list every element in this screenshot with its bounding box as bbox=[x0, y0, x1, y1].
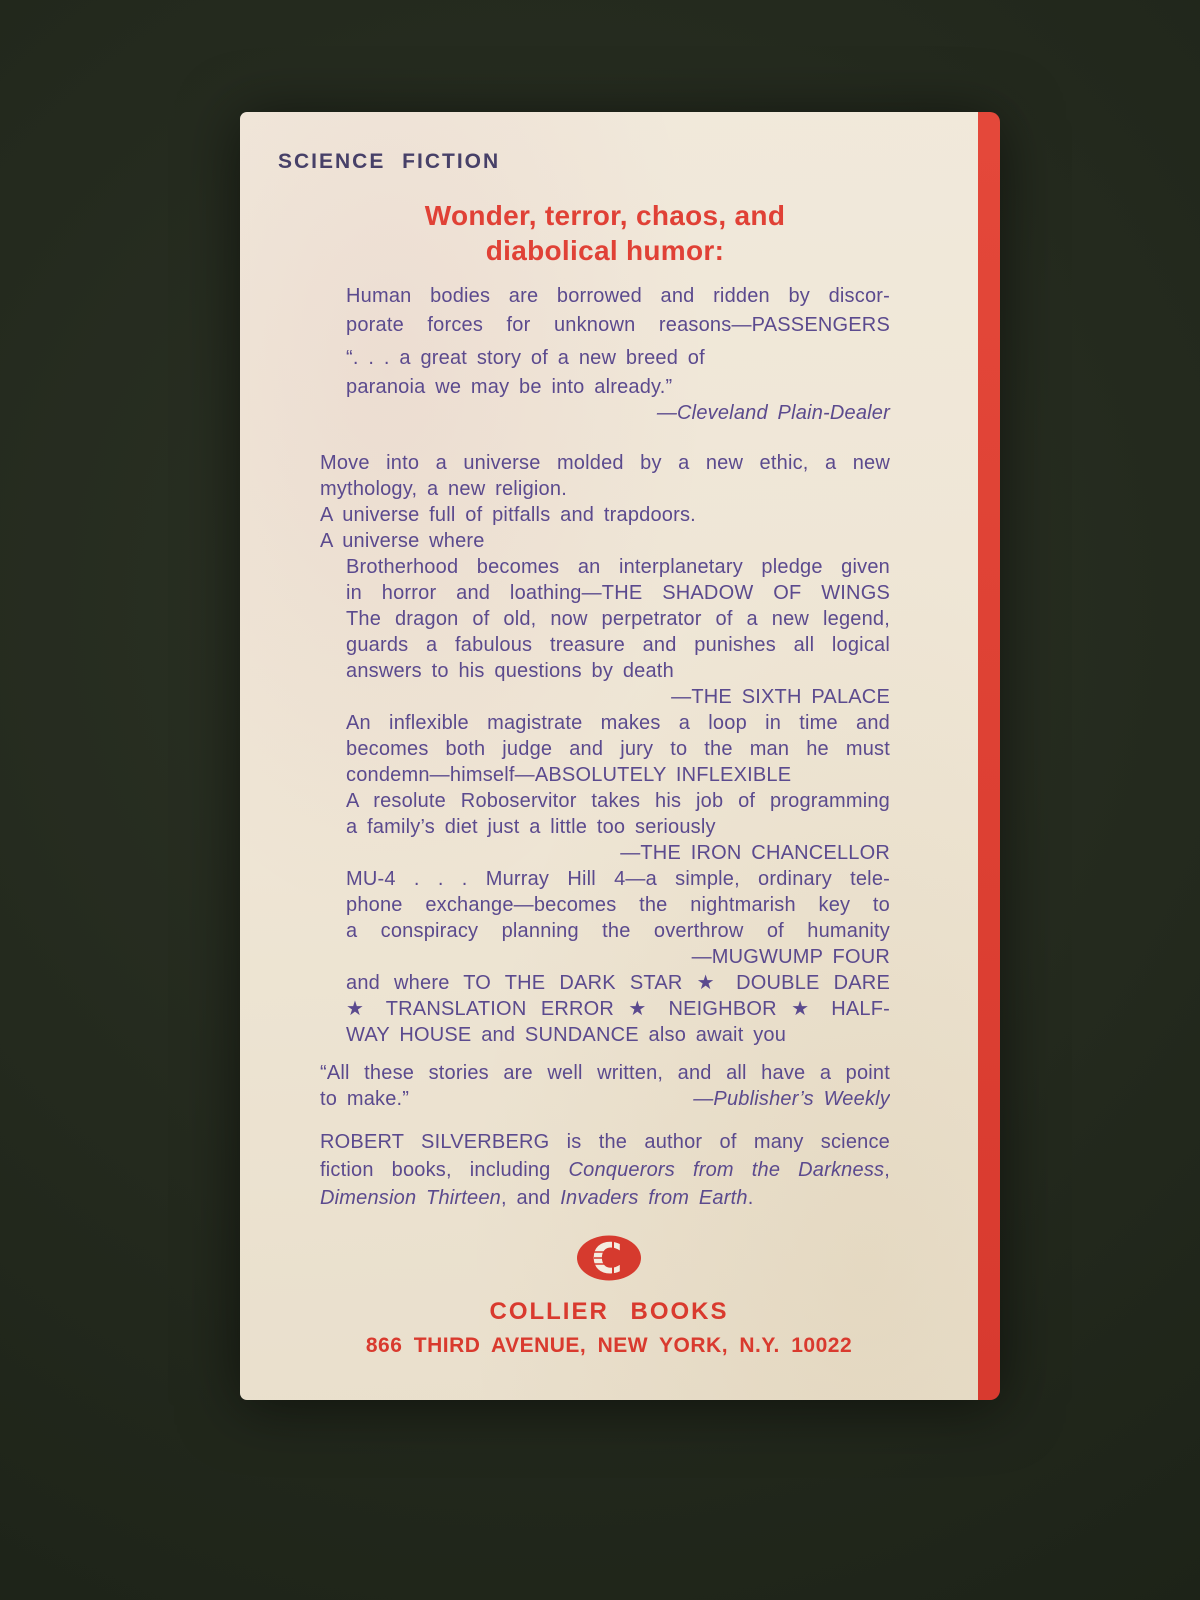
story-title-line: —THE SIXTH PALACE bbox=[320, 684, 890, 710]
quote-line: to make.” —Publisher’s Weekly bbox=[320, 1086, 890, 1112]
quote-line: “. . . a great story of a new breed of bbox=[346, 344, 890, 373]
blurb-line: porate forces for unknown reasons—PASSEN… bbox=[346, 311, 890, 340]
headline-line: Wonder, terror, chaos, and bbox=[320, 198, 890, 233]
bio-line: ROBERT SILVERBERG is the author of many … bbox=[320, 1128, 890, 1156]
blurb-line: A universe where bbox=[320, 528, 890, 554]
headline: Wonder, terror, chaos, and diabolical hu… bbox=[320, 198, 890, 268]
blurb-line: becomes both judge and jury to the man h… bbox=[346, 736, 890, 762]
book-title: Dimension Thirteen bbox=[320, 1187, 501, 1209]
quote-end: to make.” bbox=[320, 1086, 409, 1112]
blurb-line: Move into a universe molded by a new eth… bbox=[320, 450, 890, 476]
bio-text: fiction books, including bbox=[320, 1159, 568, 1181]
blurb-line: MU-4 . . . Murray Hill 4—a simple, ordin… bbox=[346, 866, 890, 892]
blurb-line: The dragon of old, now perpetrator of a … bbox=[346, 606, 890, 632]
blurb-line: guards a fabulous treasure and punishes … bbox=[346, 632, 890, 658]
blurb-line: An inflexible magistrate makes a loop in… bbox=[346, 710, 890, 736]
publisher-name: COLLIER BOOKS bbox=[240, 1298, 978, 1326]
blurb-line: Human bodies are borrowed and ridden by … bbox=[346, 282, 890, 311]
author-bio: ROBERT SILVERBERG is the author of many … bbox=[320, 1128, 890, 1212]
blurb-line: WAY HOUSE and SUNDANCE also await you bbox=[346, 1022, 890, 1048]
intro-paragraph: Human bodies are borrowed and ridden by … bbox=[346, 282, 890, 340]
headline-line: diabolical humor: bbox=[320, 233, 890, 268]
collier-logo-icon: C bbox=[240, 1234, 978, 1287]
story-title-line: —MUGWUMP FOUR bbox=[320, 944, 890, 970]
cover-surface: SCIENCE FICTION Wonder, terror, chaos, a… bbox=[240, 112, 978, 1400]
blurb-line: and where TO THE DARK STAR ★ DOUBLE DARE bbox=[346, 970, 890, 996]
blurb-line: A resolute Roboservitor takes his job of… bbox=[346, 788, 890, 814]
bio-text: , and bbox=[501, 1187, 560, 1209]
blurb-line: condemn—himself—ABSOLUTELY INFLEXIBLE bbox=[346, 762, 890, 788]
blurb-line: phone exchange—becomes the nightmarish k… bbox=[346, 892, 890, 918]
blurb-line: a conspiracy planning the overthrow of h… bbox=[346, 918, 890, 944]
category-label: SCIENCE FICTION bbox=[278, 150, 500, 174]
blurb-line: A universe full of pitfalls and trapdoor… bbox=[320, 502, 890, 528]
bio-line: fiction books, including Conquerors from… bbox=[320, 1156, 890, 1184]
quote-attribution: —Publisher’s Weekly bbox=[693, 1086, 890, 1112]
review-quote-2: “All these stories are well written, and… bbox=[320, 1060, 890, 1112]
story-blurbs: Move into a universe molded by a new eth… bbox=[320, 450, 890, 1048]
blurb-line: a family’s diet just a little too seriou… bbox=[346, 814, 890, 840]
bio-text: , bbox=[884, 1159, 890, 1181]
story-title-line: —THE IRON CHANCELLOR bbox=[320, 840, 890, 866]
blurb-line: mythology, a new religion. bbox=[320, 476, 890, 502]
publisher-address: 866 THIRD AVENUE, NEW YORK, N.Y. 10022 bbox=[240, 1334, 978, 1358]
quote-line: “All these stories are well written, and… bbox=[320, 1060, 890, 1086]
quote-attribution: —Cleveland Plain-Dealer bbox=[320, 402, 890, 425]
review-quote: “. . . a great story of a new breed of p… bbox=[346, 344, 890, 402]
book-title: Invaders from Earth bbox=[560, 1187, 747, 1209]
bio-text: . bbox=[748, 1187, 754, 1209]
blurb-line: answers to his questions by death bbox=[346, 658, 890, 684]
blurb-line: ★ TRANSLATION ERROR ★ NEIGHBOR ★ HALF- bbox=[346, 996, 890, 1022]
quote-line: paranoia we may be into already.” bbox=[346, 373, 890, 402]
book-title: Conquerors from the Darkness bbox=[568, 1159, 884, 1181]
blurb-line: in horror and loathing—THE SHADOW OF WIN… bbox=[346, 580, 890, 606]
spine-edge bbox=[978, 112, 1000, 1400]
blurb-line: Brotherhood becomes an interplanetary pl… bbox=[346, 554, 890, 580]
bio-line: Dimension Thirteen, and Invaders from Ea… bbox=[320, 1184, 890, 1212]
book-back-cover: SCIENCE FICTION Wonder, terror, chaos, a… bbox=[240, 112, 1000, 1400]
